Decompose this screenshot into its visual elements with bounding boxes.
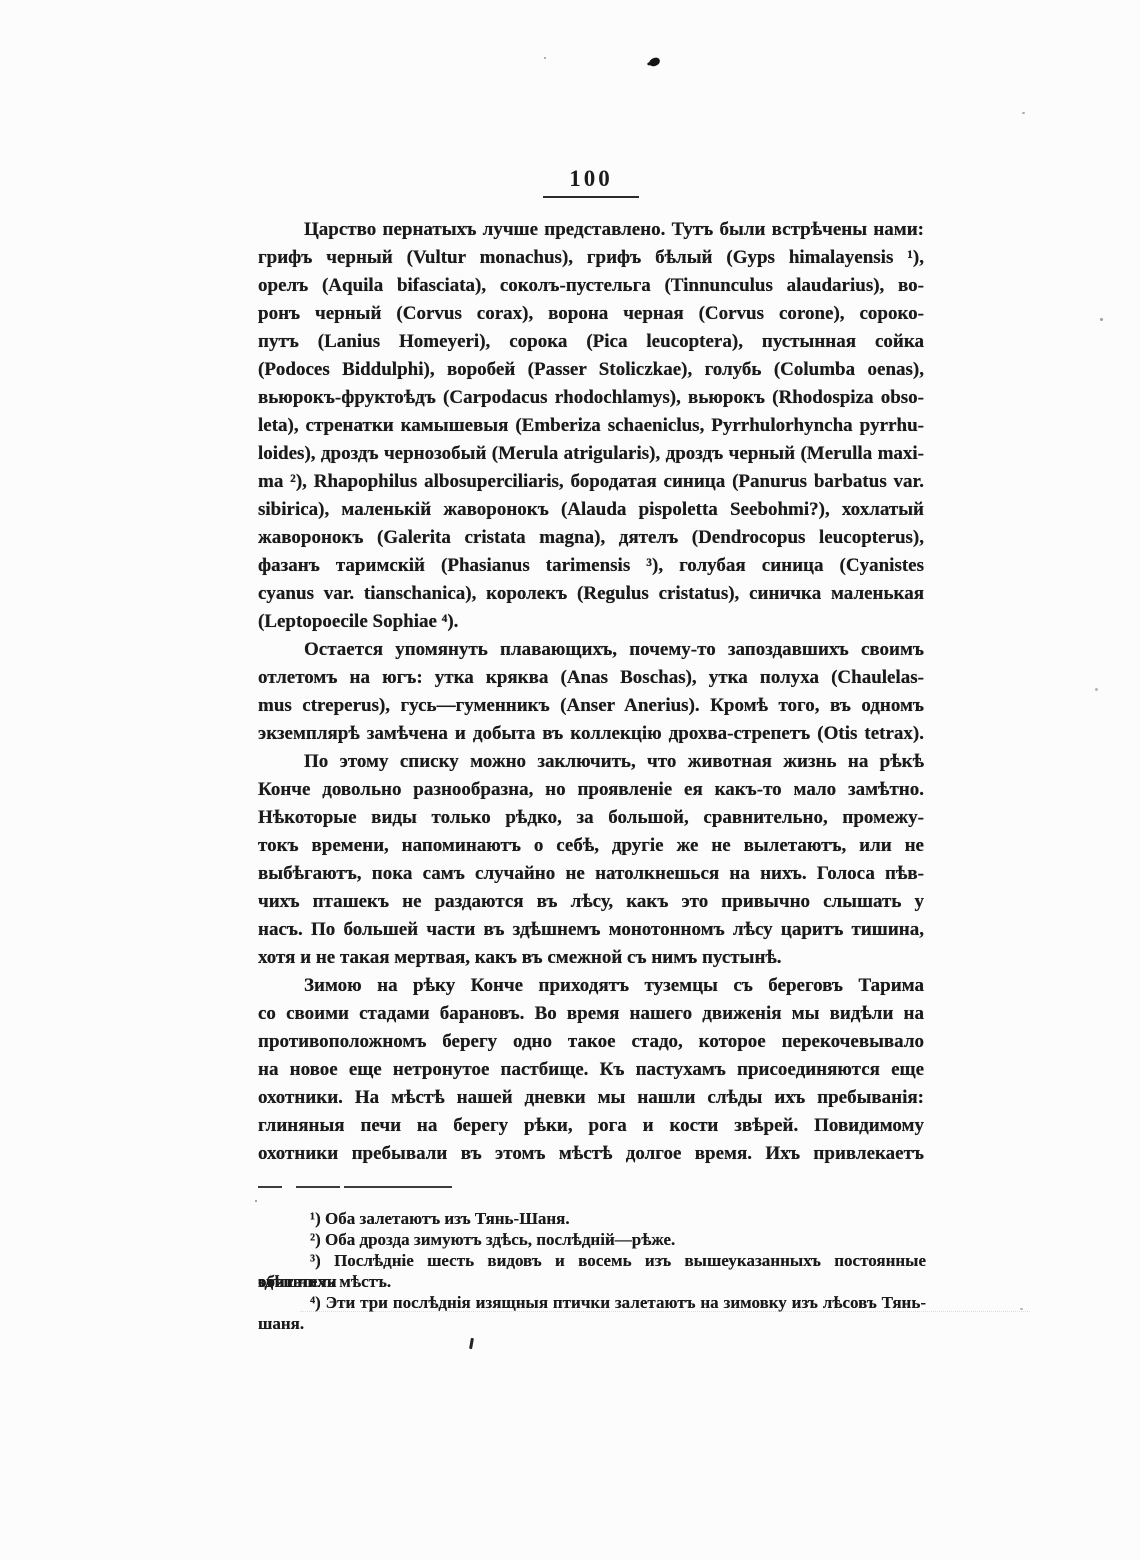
paragraph: Остается упомянуть плавающихъ, почему-то… [258, 636, 924, 748]
text-line: (Podoces Biddulphi), воробей (Passer Sto… [258, 356, 924, 384]
ink-speck [1095, 688, 1098, 691]
paragraph: ³) Послѣдніе шесть видовъ и восемь изъ в… [258, 1250, 926, 1292]
text-line: mus ctreperus), гусь—гуменникъ (Anser An… [258, 692, 924, 720]
page-number: 100 [543, 166, 639, 198]
text-line: со своими стадами барановъ. Во время наш… [258, 1000, 924, 1028]
text-line: охотники. На мѣстѣ нашей дневки мы нашли… [258, 1084, 924, 1112]
text-line: хотя и не такая мертвая, какъ въ смежной… [258, 944, 924, 972]
text-line: выбѣгаютъ, пока самъ случайно не натолкн… [258, 860, 924, 888]
text-line: жаворонокъ (Galerita cristata magna), дя… [258, 524, 924, 552]
text-line: экземплярѣ замѣчена и добыта въ коллекці… [258, 720, 924, 748]
scan-artifact-line [300, 1311, 1030, 1312]
text-line: ⁴) Эти три послѣднія изящныя птички зале… [258, 1292, 926, 1313]
text-line: грифъ черный (Vultur monachus), грифъ бѣ… [258, 244, 924, 272]
text-line: cyanus var. tianschanica), королекъ (Reg… [258, 580, 924, 608]
text-line: (Leptopoecile Sophiae ⁴). [258, 608, 924, 636]
text-line: путъ (Lanius Homeyeri), сорока (Pica leu… [258, 328, 924, 356]
text-line: токъ времени, напоминаютъ о себѣ, другіе… [258, 832, 924, 860]
text-line: Конче довольно разнообразна, но проявлен… [258, 776, 924, 804]
footnotes: ¹) Оба залетаютъ изъ Тянь-Шаня.²) Оба др… [258, 1208, 926, 1313]
text-line: Нѣкоторые виды только рѣдко, за большой,… [258, 804, 924, 832]
text-line: отлетомъ на югъ: утка кряква (Anas Bosch… [258, 664, 924, 692]
text-line: ³) Послѣдніе шесть видовъ и восемь изъ в… [258, 1250, 926, 1271]
text-line: на новое еще нетронутое пастбище. Къ пас… [258, 1056, 924, 1084]
text-line: охотники пребывали въ этомъ мѣстѣ долгое… [258, 1140, 924, 1168]
text-line: противоположномъ берегу одно такое стадо… [258, 1028, 924, 1056]
paragraph: ¹) Оба залетаютъ изъ Тянь-Шаня. [258, 1208, 926, 1229]
text-line: чихъ пташекъ не раздаются въ лѣсу, какъ … [258, 888, 924, 916]
text-line: здѣшнихъ мѣстъ. [258, 1271, 926, 1292]
ink-speck [1022, 112, 1025, 114]
body-text: Царство пернатыхъ лучше представлено. Ту… [258, 216, 924, 1168]
paragraph: По этому списку можно заключить, что жив… [258, 748, 924, 972]
text-line: ²) Оба дрозда зимуютъ здѣсь, послѣдній—р… [258, 1229, 926, 1250]
text-line: глиняныя печи на берегу рѣки, рога и кос… [258, 1112, 924, 1140]
ink-speck [1020, 1308, 1023, 1310]
ink-scratch [469, 1338, 474, 1349]
text-line: ma ²), Rhapophilus albosuperciliaris, бо… [258, 468, 924, 496]
text-line: насъ. По большей части въ здѣшнемъ монот… [258, 916, 924, 944]
document-page: 100 Царство пернатыхъ лучше представлено… [0, 0, 1140, 1560]
footnote-separator [258, 1186, 458, 1189]
paragraph: Царство пернатыхъ лучше представлено. Ту… [258, 216, 924, 636]
ink-speck [544, 57, 546, 59]
paragraph: ²) Оба дрозда зимуютъ здѣсь, послѣдній—р… [258, 1229, 926, 1250]
paragraph: Зимою на рѣку Конче приходятъ туземцы съ… [258, 972, 924, 1168]
page-header: 100 [258, 166, 924, 198]
text-line: орелъ (Aquila bifasciata), соколъ-пустел… [258, 272, 924, 300]
text-line: leta), стренатки камышевыя (Emberiza sch… [258, 412, 924, 440]
text-line: ¹) Оба залетаютъ изъ Тянь-Шаня. [258, 1208, 926, 1229]
text-line: sibirica), маленькій жаворонокъ (Alauda … [258, 496, 924, 524]
text-line: Остается упомянуть плавающихъ, почему-то… [258, 636, 924, 664]
text-line: ронъ черный (Corvus corax), ворона черна… [258, 300, 924, 328]
text-line: loides), дроздъ чернозобый (Merula atrig… [258, 440, 924, 468]
ink-speck [1100, 318, 1103, 321]
text-line: вьюрокъ-фруктоѣдъ (Carpodacus rhodochlam… [258, 384, 924, 412]
text-line: фазанъ таримскій (Phasianus tarimensis ³… [258, 552, 924, 580]
ink-speck [255, 1200, 257, 1202]
text-line: По этому списку можно заключить, что жив… [258, 748, 924, 776]
text-line: Зимою на рѣку Конче приходятъ туземцы съ… [258, 972, 924, 1000]
text-line: Царство пернатыхъ лучше представлено. Ту… [258, 216, 924, 244]
paragraph: ⁴) Эти три послѣднія изящныя птички зале… [258, 1292, 926, 1313]
ink-blot [648, 57, 661, 67]
